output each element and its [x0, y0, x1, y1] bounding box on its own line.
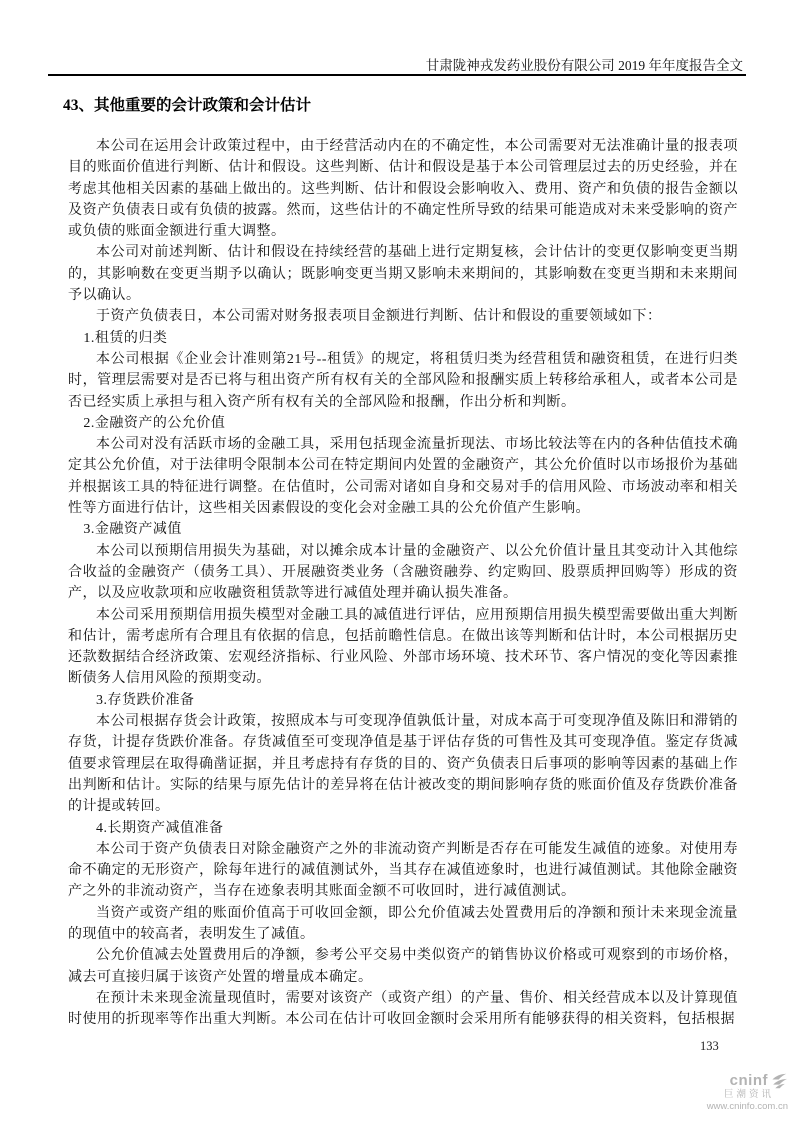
paragraph: 本公司在运用会计政策过程中，由于经营活动内在的不确定性，本公司需要对无法准确计量… [68, 136, 738, 242]
report-header-title: 甘肃陇神戎发药业股份有限公司 2019 年年度报告全文 [426, 54, 743, 74]
page-number: 133 [700, 1039, 719, 1054]
document-page: 甘肃陇神戎发药业股份有限公司 2019 年年度报告全文 43、其他重要的会计政策… [0, 0, 793, 1122]
header-rule [48, 74, 746, 76]
numbered-heading: 2.金融资产的公允价值 [68, 413, 738, 434]
cninfo-brand-text: cninf [730, 1072, 768, 1089]
cninfo-logo: cninf 巨潮资讯 www.cninfo.com.cn [668, 1072, 788, 1113]
paragraph: 当资产或资产组的账面价值高于可收回金额，即公允价值减去处置费用后的净额和预计未来… [68, 903, 738, 946]
cninfo-swirl-icon [770, 1073, 788, 1089]
paragraph: 本公司以预期信用损失为基础，对以摊余成本计量的金融资产、以公允价值计量且其变动计… [68, 541, 738, 605]
paragraph: 本公司采用预期信用损失模型对金融工具的减值进行评估，应用预期信用损失模型需要做出… [68, 605, 738, 690]
numbered-heading: 3.金融资产减值 [68, 519, 738, 540]
paragraph: 本公司根据存货会计政策，按照成本与可变现净值孰低计量，对成本高于可变现净值及陈旧… [68, 711, 738, 817]
numbered-heading: 3.存货跌价准备 [68, 690, 738, 711]
paragraph: 本公司于资产负债表日对除金融资产之外的非流动资产判断是否存在可能发生减值的迹象。… [68, 839, 738, 903]
cninfo-chinese-label: 巨潮资讯 [668, 1090, 774, 1101]
paragraph: 本公司对没有活跃市场的金融工具，采用包括现金流量折现法、市场比较法等在内的各种估… [68, 434, 738, 519]
document-body: 本公司在运用会计政策过程中，由于经营活动内在的不确定性，本公司需要对无法准确计量… [68, 136, 738, 1030]
cninfo-url: www.cninfo.com.cn [668, 1102, 788, 1113]
paragraph: 本公司对前述判断、估计和假设在持续经营的基础上进行定期复核，会计估计的变更仅影响… [68, 242, 738, 306]
numbered-heading: 1.租赁的归类 [68, 328, 738, 349]
paragraph: 本公司根据《企业会计准则第21号--租赁》的规定，将租赁归类为经营租赁和融资租赁… [68, 349, 738, 413]
section-title: 43、其他重要的会计政策和会计估计 [63, 93, 311, 115]
paragraph: 公允价值减去处置费用后的净额，参考公平交易中类似资产的销售协议价格或可观察到的市… [68, 945, 738, 988]
numbered-heading: 4.长期资产减值准备 [68, 818, 738, 839]
paragraph: 于资产负债表日，本公司需对财务报表项目金额进行判断、估计和假设的重要领域如下： [68, 306, 738, 327]
paragraph: 在预计未来现金流量现值时，需要对该资产（或资产组）的产量、售价、相关经营成本以及… [68, 988, 738, 1031]
